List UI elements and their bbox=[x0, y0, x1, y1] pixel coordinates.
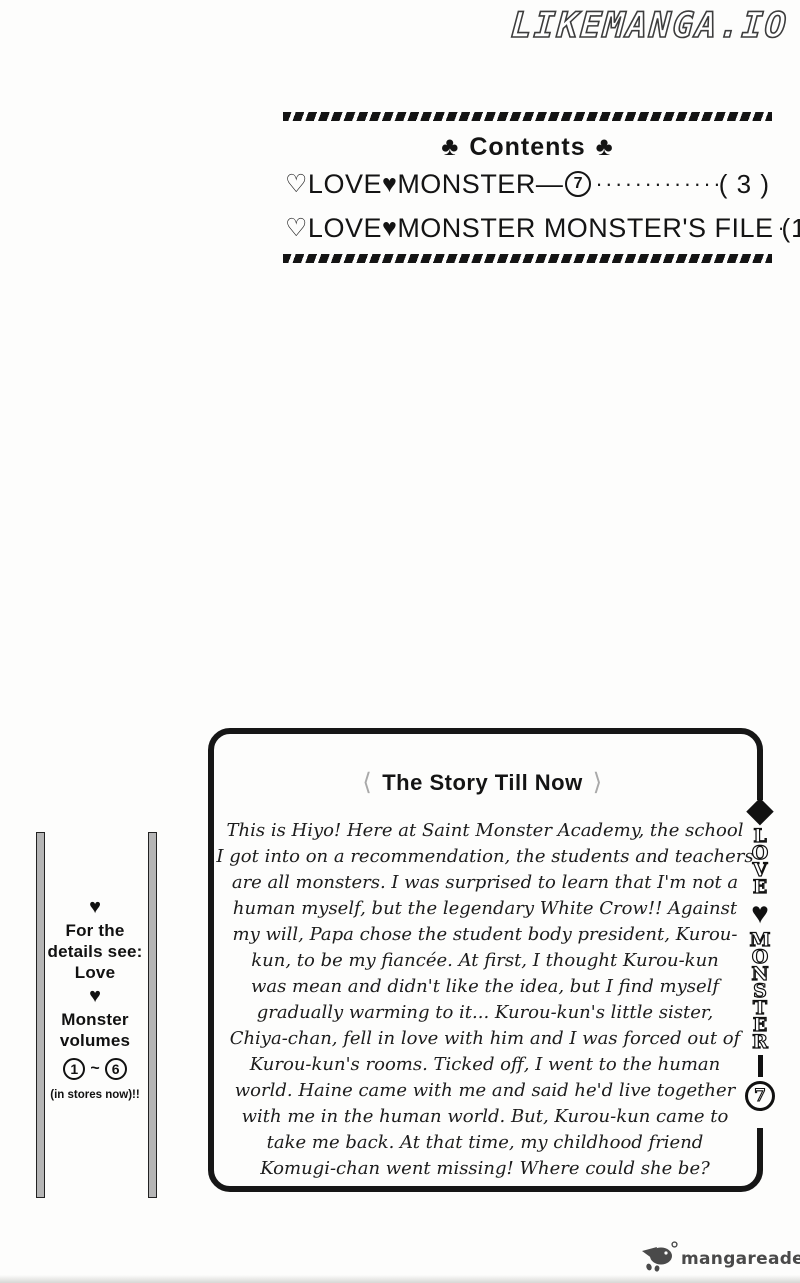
story-line: Komugi-chan went missing! Where could sh… bbox=[216, 1156, 754, 1182]
volumes-note: ♥ For the details see: Love ♥ Monster vo… bbox=[32, 894, 158, 1101]
circled-volume-number: 1 bbox=[63, 1058, 85, 1080]
decorative-border-top bbox=[283, 112, 772, 121]
vertical-dash bbox=[758, 1055, 763, 1077]
toc-entry-title: ♡LOVE♥MONSTER MONSTER'S FILE bbox=[285, 213, 774, 244]
mangareader-mascot-icon bbox=[640, 1240, 678, 1272]
story-line: Kurou-kun's rooms. Ticked off, I went to… bbox=[216, 1052, 754, 1078]
toc-word-monsters-file: MONSTER MONSTER'S FILE bbox=[397, 213, 773, 244]
volume-digit: 7 bbox=[754, 1086, 766, 1106]
open-heart-icon: ♡ bbox=[285, 213, 308, 243]
club-suit-icon: ♣ bbox=[431, 131, 469, 161]
angle-bracket-close: ⟩ bbox=[583, 769, 613, 796]
volume-range: 1 ~ 6 bbox=[32, 1058, 158, 1080]
story-line: Chiya-chan, fell in love with him and I … bbox=[216, 1026, 754, 1052]
open-heart-icon: ♡ bbox=[285, 169, 308, 199]
toc-entry-title: ♡LOVE♥MONSTER—7 bbox=[285, 169, 591, 200]
note-line: For the bbox=[32, 920, 158, 941]
note-line: details see: bbox=[32, 941, 158, 962]
filled-heart-icon: ♥ bbox=[382, 214, 397, 243]
toc-dash: — bbox=[536, 169, 564, 200]
story-text: This is Hiyo! Here at Saint Monster Acad… bbox=[216, 818, 754, 1182]
story-line: with me in the human world. But, Kurou-k… bbox=[216, 1104, 754, 1130]
note-line: Monster bbox=[32, 1009, 158, 1030]
tilde: ~ bbox=[90, 1060, 99, 1078]
story-line: was mean and didn't like the idea, but I… bbox=[216, 974, 754, 1000]
contents-header: ♣Contents♣ bbox=[283, 129, 772, 164]
bottom-watermark: mangareader.net bbox=[640, 1240, 800, 1272]
note-line: volumes bbox=[32, 1030, 158, 1051]
banner-letter: R bbox=[752, 1034, 768, 1051]
bottom-watermark-text: mangareader.net bbox=[681, 1251, 800, 1272]
page-number: ( 3 ) bbox=[719, 169, 770, 200]
story-line: my will, Papa chose the student body pre… bbox=[216, 922, 754, 948]
filled-heart-icon: ♥ bbox=[32, 983, 158, 1009]
story-line: world. Haine came with me and said he'd … bbox=[216, 1078, 754, 1104]
story-line: This is Hiyo! Here at Saint Monster Acad… bbox=[216, 818, 754, 844]
story-title-text: The Story Till Now bbox=[382, 770, 583, 795]
toc-entry-monsters-file: ♡LOVE♥MONSTER MONSTER'S FILE ······ (176… bbox=[283, 208, 772, 248]
contents-title: Contents bbox=[469, 133, 585, 161]
toc-word-love: LOVE bbox=[308, 169, 382, 200]
club-suit-icon: ♣ bbox=[586, 131, 624, 161]
story-line: kun, to be my fiancée. At first, I thoug… bbox=[216, 948, 754, 974]
contents-box: ♣Contents♣ ♡LOVE♥MONSTER—7 ·············… bbox=[283, 112, 772, 263]
circled-volume-number: 6 bbox=[105, 1058, 127, 1080]
story-line: I got into on a recommendation, the stud… bbox=[216, 844, 754, 870]
filled-heart-icon: ♥ bbox=[32, 894, 158, 920]
circled-volume-number: 7 bbox=[745, 1081, 775, 1111]
site-watermark-likemanga: LIKEMANGA.IO bbox=[510, 6, 790, 46]
story-title: ⟨The Story Till Now⟩ bbox=[210, 768, 755, 797]
vertical-series-banner: ◆ L O V E ♥ M O N S T E R 7 bbox=[739, 790, 781, 1111]
page-number: (176) bbox=[782, 213, 800, 244]
filled-heart-icon: ♥ bbox=[382, 170, 397, 199]
decorative-border-bottom bbox=[283, 254, 772, 263]
note-line: Love bbox=[32, 962, 158, 983]
in-stores-note: (in stores now)!! bbox=[32, 1089, 158, 1101]
angle-bracket-open: ⟨ bbox=[352, 769, 382, 796]
toc-entry-volume-7: ♡LOVE♥MONSTER—7 ······················· … bbox=[283, 164, 772, 204]
toc-word-monster: MONSTER bbox=[397, 169, 536, 200]
circled-volume-number: 7 bbox=[565, 171, 591, 197]
toc-word-love: LOVE bbox=[308, 213, 382, 244]
dot-leader: ······················· bbox=[591, 171, 718, 197]
story-line: human myself, but the legendary White Cr… bbox=[216, 896, 754, 922]
story-line: take me back. At that time, my childhood… bbox=[216, 1130, 754, 1156]
diamond-icon: ◆ bbox=[746, 790, 774, 828]
banner-letter: E bbox=[753, 879, 767, 896]
dot-leader: ······ bbox=[774, 215, 782, 241]
filled-heart-icon: ♥ bbox=[751, 898, 769, 930]
story-line: are all monsters. I was surprised to lea… bbox=[216, 870, 754, 896]
story-line: gradually warming to it... Kurou-kun's l… bbox=[216, 1000, 754, 1026]
scan-noise-strip bbox=[0, 1275, 800, 1283]
